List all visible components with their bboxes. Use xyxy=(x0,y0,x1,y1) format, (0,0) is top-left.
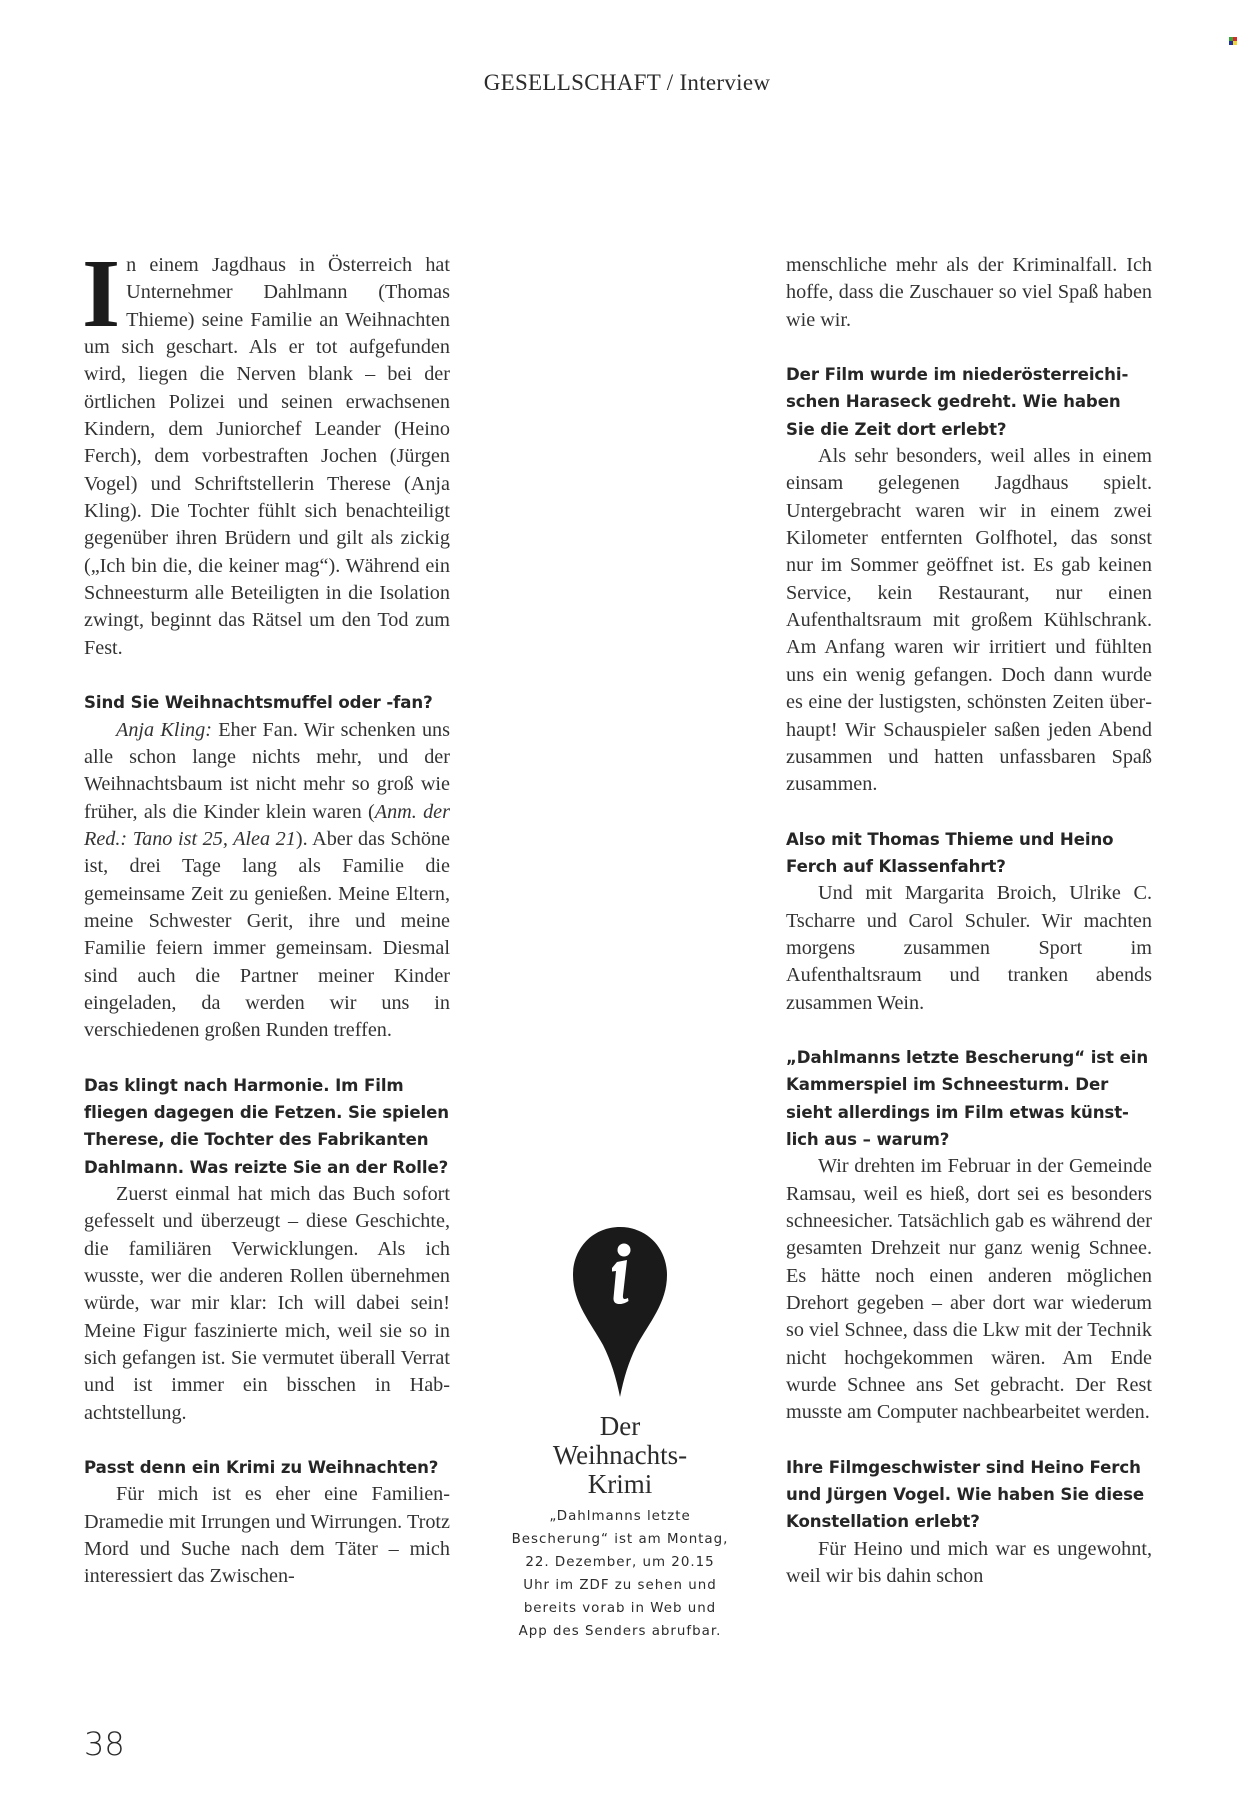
color-registration-mark xyxy=(1229,37,1237,45)
speaker-name: Anja Kling: xyxy=(116,719,212,741)
info-title: Der Weihnachts- Krimi xyxy=(510,1412,730,1499)
drop-cap: I xyxy=(82,256,120,334)
answer-paragraph: Zuerst einmal hat mich das Buch sofort g… xyxy=(84,1181,450,1427)
page-number: 38 xyxy=(84,1725,125,1763)
mark-yellow xyxy=(1233,41,1237,45)
answer-paragraph: Für mich ist es eher eine Familien-Drame… xyxy=(84,1481,450,1590)
info-box: Der Weihnachts- Krimi „Dahlmanns letzte … xyxy=(510,1225,730,1643)
question-heading: Sind Sie Weihnachtsmuffel oder -fan? xyxy=(84,689,450,716)
question-heading: Ihre Filmgeschwister sind Heino Ferch un… xyxy=(786,1454,1152,1536)
question-heading: Also mit Thomas Thieme und Heino Ferch a… xyxy=(786,826,1152,881)
question-heading: Der Film wurde im niederösterreichi­sche… xyxy=(786,361,1152,443)
section-header: GESELLSCHAFT / Interview xyxy=(0,70,1250,96)
answer-paragraph: Für Heino und mich war es un­gewohnt, we… xyxy=(786,1536,1152,1591)
question-heading: „Dahlmanns letzte Bescherung“ ist ein Ka… xyxy=(786,1044,1152,1153)
intro-paragraph: In einem Jagdhaus in Österreich hat Unte… xyxy=(84,252,450,662)
answer-paragraph: Anja Kling: Eher Fan. Wir schenken uns a… xyxy=(84,717,450,1045)
question-heading: Das klingt nach Harmonie. Im Film fliege… xyxy=(84,1072,450,1181)
right-column: menschliche mehr als der Kriminalfall. I… xyxy=(786,252,1152,1590)
answer-continuation: menschliche mehr als der Kriminalfall. I… xyxy=(786,252,1152,334)
answer-paragraph: Als sehr besonders, weil alles in ei­nem… xyxy=(786,443,1152,798)
answer-paragraph: Wir drehten im Februar in der Ge­meinde … xyxy=(786,1153,1152,1426)
question-heading: Passt denn ein Krimi zu Weihnachten? xyxy=(84,1454,450,1481)
left-column: In einem Jagdhaus in Österreich hat Unte… xyxy=(84,252,450,1591)
info-pin-icon xyxy=(571,1225,669,1400)
info-text: „Dahlmanns letzte Bescherung“ ist am Mon… xyxy=(510,1505,730,1643)
intro-text: n einem Jagdhaus in Österreich hat Unter… xyxy=(84,254,450,659)
answer-paragraph: Und mit Margarita Broich, Ulrike C. Tsch… xyxy=(786,880,1152,1017)
